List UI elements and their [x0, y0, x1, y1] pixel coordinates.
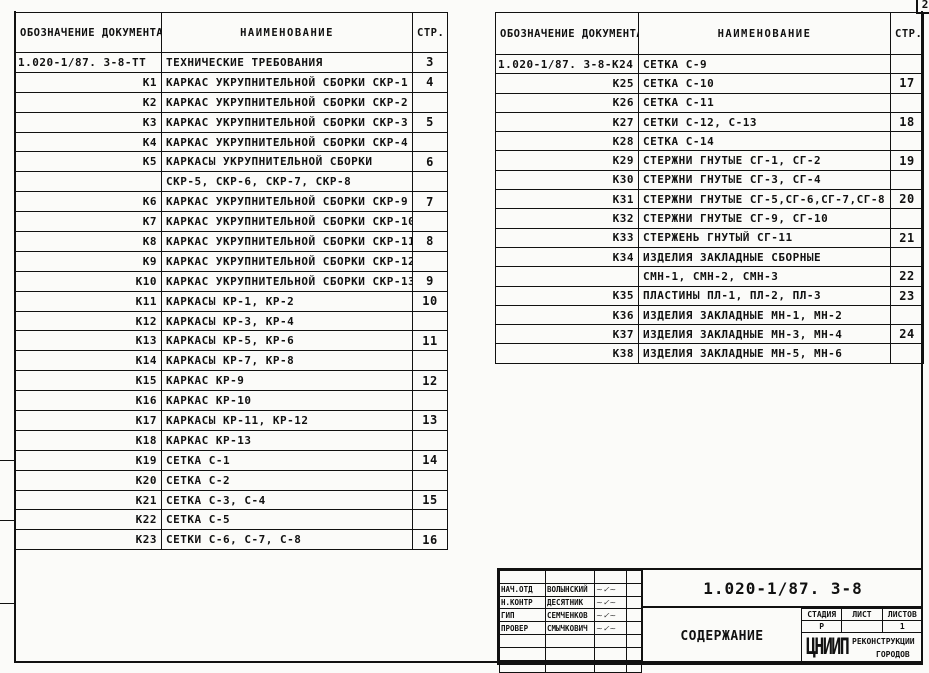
table-row: К27СЕТКИ С-12, С-1318	[496, 112, 924, 131]
signatory-role	[500, 660, 546, 673]
table-row: К7КАРКАС УКРУПНИТЕЛЬНОЙ СБОРКИ СКР-10	[16, 212, 448, 232]
document-code-cell: К1	[16, 72, 162, 92]
item-name-cell: ПЛАСТИНЫ ПЛ-1, ПЛ-2, ПЛ-3	[639, 286, 891, 305]
signatory-role: ПРОВЕР	[500, 622, 546, 635]
page-number-cell: 9	[413, 271, 448, 291]
page-number-cell	[413, 172, 448, 192]
table-row: К30СТЕРЖНИ ГНУТЫЕ СГ-3, СГ-4	[496, 170, 924, 189]
signatory-name	[546, 634, 595, 647]
document-code-cell: К2	[16, 92, 162, 112]
item-name-cell: СТЕРЖНИ ГНУТЫЕ СГ-3, СГ-4	[639, 170, 891, 189]
page-number-cell: 24	[891, 325, 924, 344]
date-cell	[627, 609, 642, 622]
page-number-cell	[891, 93, 924, 112]
table-row: К12КАРКАСЫ КР-3, КР-4	[16, 311, 448, 331]
page-number-cell	[891, 344, 924, 363]
page-number-cell	[413, 251, 448, 271]
organization-stamp: ЦНИИП РЕКОНСТРУКЦИИ ГОРОДОВ	[801, 632, 923, 665]
document-code-cell	[16, 172, 162, 192]
signature: ~✓~	[595, 622, 627, 635]
item-name-cell: СЕТКА С-9	[639, 55, 891, 74]
page-number-cell	[413, 311, 448, 331]
contents-table-left: ОБОЗНАЧЕНИЕ ДОКУМЕНТА НАИМЕНОВАНИЕ СТР. …	[15, 12, 448, 550]
signatory-role: НАЧ.ОТД	[500, 583, 546, 596]
document-code-cell: К30	[496, 170, 639, 189]
table-row: К25СЕТКА С-1017	[496, 74, 924, 93]
page-number-cell: 20	[891, 190, 924, 209]
document-code-cell: К6	[16, 192, 162, 212]
title-block: НАЧ.ОТДВОЛЫНСКИЙ~✓~Н.КОНТРДЕСЯТНИК~✓~ГИП…	[497, 568, 923, 665]
document-code-cell: К20	[16, 470, 162, 490]
table-row: К16КАРКАС КР-10	[16, 391, 448, 411]
page-number-cell	[413, 430, 448, 450]
signature	[595, 660, 627, 673]
signatory-row	[500, 647, 642, 660]
table-row: К35ПЛАСТИНЫ ПЛ-1, ПЛ-2, ПЛ-323	[496, 286, 924, 305]
item-name-cell: СМН-1, СМН-2, СМН-3	[639, 267, 891, 286]
document-code-cell: К35	[496, 286, 639, 305]
header-document: ОБОЗНАЧЕНИЕ ДОКУМЕНТА	[496, 13, 639, 55]
page-number-cell	[891, 305, 924, 324]
page-number-cell: 11	[413, 331, 448, 351]
table-row: К32СТЕРЖНИ ГНУТЫЕ СГ-9, СГ-10	[496, 209, 924, 228]
document-code-cell: К5	[16, 152, 162, 172]
page-number-cell: 16	[413, 530, 448, 550]
signatory-role	[500, 571, 546, 584]
table-row: К23СЕТКИ С-6, С-7, С-816	[16, 530, 448, 550]
page-number-cell	[891, 247, 924, 266]
header-page: СТР.	[891, 13, 924, 55]
item-name-cell: КАРКАС УКРУПНИТЕЛЬНОЙ СБОРКИ СКР-4	[162, 132, 413, 152]
page-number-cell	[413, 351, 448, 371]
date-cell	[627, 647, 642, 660]
item-name-cell: СЕТКИ С-6, С-7, С-8	[162, 530, 413, 550]
table-row: К37ИЗДЕЛИЯ ЗАКЛАДНЫЕ МН-3, МН-424	[496, 325, 924, 344]
sheets-header: ЛИСТОВ	[882, 609, 922, 621]
document-code-cell: К29	[496, 151, 639, 170]
item-name-cell: КАРКАС УКРУПНИТЕЛЬНОЙ СБОРКИ СКР-9	[162, 192, 413, 212]
page-number-cell: 15	[413, 490, 448, 510]
table-row: К19СЕТКА С-114	[16, 450, 448, 470]
page-number-cell: 8	[413, 232, 448, 252]
document-code-cell: К13	[16, 331, 162, 351]
item-name-cell: КАРКАС КР-9	[162, 371, 413, 391]
signatory-role: ГИП	[500, 609, 546, 622]
item-name-cell: СТЕРЖНИ ГНУТЫЕ СГ-5,СГ-6,СГ-7,СГ-8	[639, 190, 891, 209]
signatory-row: ГИПСЕМЧЕНКОВ~✓~	[500, 609, 642, 622]
document-code-cell: К21	[16, 490, 162, 510]
table-row: К1КАРКАС УКРУПНИТЕЛЬНОЙ СБОРКИ СКР-14	[16, 72, 448, 92]
table-row: К38ИЗДЕЛИЯ ЗАКЛАДНЫЕ МН-5, МН-6	[496, 344, 924, 363]
table-row: К13КАРКАСЫ КР-5, КР-611	[16, 331, 448, 351]
page-number-cell: 13	[413, 411, 448, 431]
document-code-cell: К4	[16, 132, 162, 152]
table-row: К10КАРКАС УКРУПНИТЕЛЬНОЙ СБОРКИ СКР-139	[16, 271, 448, 291]
sheet-header: ЛИСТ	[842, 609, 882, 621]
stage-table: СТАДИЯ ЛИСТ ЛИСТОВ Р 1	[801, 608, 923, 633]
document-title: СОДЕРЖАНИЕ	[641, 608, 801, 665]
header-document: ОБОЗНАЧЕНИЕ ДОКУМЕНТА	[16, 13, 162, 53]
page-number-cell	[413, 391, 448, 411]
page-number-cell: 17	[891, 74, 924, 93]
item-name-cell: КАРКАСЫ КР-7, КР-8	[162, 351, 413, 371]
item-name-cell: СЕТКА С-2	[162, 470, 413, 490]
signatory-row: Н.КОНТРДЕСЯТНИК~✓~	[500, 596, 642, 609]
page-number-cell	[891, 55, 924, 74]
sheets-value: 1	[882, 621, 922, 633]
org-name-line1: РЕКОНСТРУКЦИИ	[852, 637, 915, 646]
page-number-cell: 14	[413, 450, 448, 470]
signatories-grid: НАЧ.ОТДВОЛЫНСКИЙ~✓~Н.КОНТРДЕСЯТНИК~✓~ГИП…	[499, 570, 642, 673]
table-row: К28СЕТКА С-14	[496, 132, 924, 151]
item-name-cell: СЕТКА С-11	[639, 93, 891, 112]
item-name-cell: КАРКАСЫ КР-3, КР-4	[162, 311, 413, 331]
date-cell	[627, 634, 642, 647]
item-name-cell: КАРКАС УКРУПНИТЕЛЬНОЙ СБОРКИ СКР-12	[162, 251, 413, 271]
item-name-cell: КАРКАС КР-13	[162, 430, 413, 450]
table-row: К4КАРКАС УКРУПНИТЕЛЬНОЙ СБОРКИ СКР-4	[16, 132, 448, 152]
page-number-cell: 12	[413, 371, 448, 391]
document-code-cell: К37	[496, 325, 639, 344]
document-code-cell: К9	[16, 251, 162, 271]
document-code-cell: К38	[496, 344, 639, 363]
signature: ~✓~	[595, 583, 627, 596]
stage-value: Р	[802, 621, 842, 633]
sheet-value	[842, 621, 882, 633]
org-name-line2: ГОРОДОВ	[876, 650, 910, 659]
signatory-row	[500, 571, 642, 584]
page-number-cell: 18	[891, 112, 924, 131]
item-name-cell: СЕТКИ С-12, С-13	[639, 112, 891, 131]
document-code-cell: К19	[16, 450, 162, 470]
page-number-cell: 5	[413, 112, 448, 132]
header-name: НАИМЕНОВАНИЕ	[639, 13, 891, 55]
item-name-cell: ИЗДЕЛИЯ ЗАКЛАДНЫЕ МН-3, МН-4	[639, 325, 891, 344]
header-name: НАИМЕНОВАНИЕ	[162, 13, 413, 53]
date-cell	[627, 622, 642, 635]
signatory-name: ВОЛЫНСКИЙ	[546, 583, 595, 596]
page-number-cell: 6	[413, 152, 448, 172]
signature: ~✓~	[595, 609, 627, 622]
table-row: К9КАРКАС УКРУПНИТЕЛЬНОЙ СБОРКИ СКР-12	[16, 251, 448, 271]
document-code-cell: К31	[496, 190, 639, 209]
item-name-cell: СТЕРЖНИ ГНУТЫЕ СГ-1, СГ-2	[639, 151, 891, 170]
header-page: СТР.	[413, 13, 448, 53]
table-row: СМН-1, СМН-2, СМН-322	[496, 267, 924, 286]
page-number-cell	[413, 92, 448, 112]
page-number-cell: 7	[413, 192, 448, 212]
signatory-row: НАЧ.ОТДВОЛЫНСКИЙ~✓~	[500, 583, 642, 596]
document-code-cell: К10	[16, 271, 162, 291]
signatory-name	[546, 660, 595, 673]
document-code-cell: К17	[16, 411, 162, 431]
table-row: 1.020-1/87. 3-8-ТТТЕХНИЧЕСКИЕ ТРЕБОВАНИЯ…	[16, 53, 448, 73]
date-cell	[627, 660, 642, 673]
table-row: К29СТЕРЖНИ ГНУТЫЕ СГ-1, СГ-219	[496, 151, 924, 170]
contents-table-right: ОБОЗНАЧЕНИЕ ДОКУМЕНТА НАИМЕНОВАНИЕ СТР. …	[495, 12, 924, 364]
document-code-cell: К33	[496, 228, 639, 247]
signatory-name: ДЕСЯТНИК	[546, 596, 595, 609]
item-name-cell: СЕТКА С-3, С-4	[162, 490, 413, 510]
signatory-role	[500, 634, 546, 647]
item-name-cell: ИЗДЕЛИЯ ЗАКЛАДНЫЕ МН-5, МН-6	[639, 344, 891, 363]
table-row: К33СТЕРЖЕНЬ ГНУТЫЙ СГ-1121	[496, 228, 924, 247]
document-code-cell: К32	[496, 209, 639, 228]
item-name-cell: КАРКАСЫ КР-1, КР-2	[162, 291, 413, 311]
table-row: К18КАРКАС КР-13	[16, 430, 448, 450]
side-stamp-box	[0, 460, 14, 521]
document-code-cell: К14	[16, 351, 162, 371]
item-name-cell: КАРКАСЫ КР-5, КР-6	[162, 331, 413, 351]
table-row: К6КАРКАС УКРУПНИТЕЛЬНОЙ СБОРКИ СКР-97	[16, 192, 448, 212]
table-row: К5КАРКАСЫ УКРУПНИТЕЛЬНОЙ СБОРКИ6	[16, 152, 448, 172]
signature: ~✓~	[595, 596, 627, 609]
table-row: К17КАРКАСЫ КР-11, КР-1213	[16, 411, 448, 431]
document-code-cell: К8	[16, 232, 162, 252]
item-name-cell: КАРКАС УКРУПНИТЕЛЬНОЙ СБОРКИ СКР-1	[162, 72, 413, 92]
item-name-cell: КАРКАС УКРУПНИТЕЛЬНОЙ СБОРКИ СКР-2	[162, 92, 413, 112]
table-row: К26СЕТКА С-11	[496, 93, 924, 112]
signature	[595, 571, 627, 584]
item-name-cell: СТЕРЖНИ ГНУТЫЕ СГ-9, СГ-10	[639, 209, 891, 228]
item-name-cell: КАРКАС УКРУПНИТЕЛЬНОЙ СБОРКИ СКР-13	[162, 271, 413, 291]
page-number-cell	[413, 132, 448, 152]
signature	[595, 634, 627, 647]
document-code-cell: К34	[496, 247, 639, 266]
table-row: К15КАРКАС КР-912	[16, 371, 448, 391]
item-name-cell: ИЗДЕЛИЯ ЗАКЛАДНЫЕ СБОРНЫЕ	[639, 247, 891, 266]
signatory-name	[546, 647, 595, 660]
page-number-cell: 19	[891, 151, 924, 170]
signatory-role: Н.КОНТР	[500, 596, 546, 609]
page-number-cell	[891, 132, 924, 151]
table-row: К8КАРКАС УКРУПНИТЕЛЬНОЙ СБОРКИ СКР-118	[16, 232, 448, 252]
item-name-cell: КАРКАС УКРУПНИТЕЛЬНОЙ СБОРКИ СКР-11	[162, 232, 413, 252]
table-row: К20СЕТКА С-2	[16, 470, 448, 490]
signatory-name: СМЫЧКОВИЧ	[546, 622, 595, 635]
item-name-cell: СТЕРЖЕНЬ ГНУТЫЙ СГ-11	[639, 228, 891, 247]
document-code-cell: К16	[16, 391, 162, 411]
page-number-cell: 21	[891, 228, 924, 247]
document-code-cell: К11	[16, 291, 162, 311]
table-row: К36ИЗДЕЛИЯ ЗАКЛАДНЫЕ МН-1, МН-2	[496, 305, 924, 324]
document-code: 1.020-1/87. 3-8	[641, 570, 923, 608]
document-code-cell: К26	[496, 93, 639, 112]
document-code-cell: К12	[16, 311, 162, 331]
item-name-cell: СЕТКА С-10	[639, 74, 891, 93]
signatory-row	[500, 660, 642, 673]
document-code-cell: К3	[16, 112, 162, 132]
page-number-cell	[413, 470, 448, 490]
table-row: 1.020-1/87. 3-8-К24СЕТКА С-9	[496, 55, 924, 74]
table-row: К34ИЗДЕЛИЯ ЗАКЛАДНЫЕ СБОРНЫЕ	[496, 247, 924, 266]
item-name-cell: СЕТКА С-1	[162, 450, 413, 470]
table-row: К21СЕТКА С-3, С-415	[16, 490, 448, 510]
document-code-cell: К36	[496, 305, 639, 324]
item-name-cell: КАРКАС УКРУПНИТЕЛЬНОЙ СБОРКИ СКР-3	[162, 112, 413, 132]
org-logo: ЦНИИП	[806, 635, 848, 660]
table-row: К14КАРКАСЫ КР-7, КР-8	[16, 351, 448, 371]
document-code-cell: 1.020-1/87. 3-8-К24	[496, 55, 639, 74]
page-number-cell	[413, 510, 448, 530]
table-row: К22СЕТКА С-5	[16, 510, 448, 530]
page-number-cell	[413, 212, 448, 232]
table-row: К31СТЕРЖНИ ГНУТЫЕ СГ-5,СГ-6,СГ-7,СГ-820	[496, 190, 924, 209]
document-code-cell: К23	[16, 530, 162, 550]
date-cell	[627, 596, 642, 609]
item-name-cell: ТЕХНИЧЕСКИЕ ТРЕБОВАНИЯ	[162, 53, 413, 73]
signatory-row	[500, 634, 642, 647]
table-row: К11КАРКАСЫ КР-1, КР-210	[16, 291, 448, 311]
page-number-cell: 22	[891, 267, 924, 286]
stage-header: СТАДИЯ	[802, 609, 842, 621]
signatory-name	[546, 571, 595, 584]
document-code-cell: К7	[16, 212, 162, 232]
page-number-cell: 3	[413, 53, 448, 73]
item-name-cell: СЕТКА С-14	[639, 132, 891, 151]
item-name-cell: КАРКАСЫ КР-11, КР-12	[162, 411, 413, 431]
table-row: К3КАРКАС УКРУПНИТЕЛЬНОЙ СБОРКИ СКР-35	[16, 112, 448, 132]
item-name-cell: КАРКАСЫ УКРУПНИТЕЛЬНОЙ СБОРКИ	[162, 152, 413, 172]
item-name-cell: СЕТКА С-5	[162, 510, 413, 530]
document-code-cell: К15	[16, 371, 162, 391]
document-code-cell: К25	[496, 74, 639, 93]
item-name-cell: ИЗДЕЛИЯ ЗАКЛАДНЫЕ МН-1, МН-2	[639, 305, 891, 324]
item-name-cell: СКР-5, СКР-6, СКР-7, СКР-8	[162, 172, 413, 192]
document-code-cell: К28	[496, 132, 639, 151]
page-number-cell: 10	[413, 291, 448, 311]
document-code-cell: 1.020-1/87. 3-8-ТТ	[16, 53, 162, 73]
signatory-row: ПРОВЕРСМЫЧКОВИЧ~✓~	[500, 622, 642, 635]
signature	[595, 647, 627, 660]
item-name-cell: КАРКАС КР-10	[162, 391, 413, 411]
document-code-cell	[496, 267, 639, 286]
table-row: К2КАРКАС УКРУПНИТЕЛЬНОЙ СБОРКИ СКР-2	[16, 92, 448, 112]
date-cell	[627, 571, 642, 584]
document-code-cell: К22	[16, 510, 162, 530]
document-code-cell: К27	[496, 112, 639, 131]
document-code-cell: К18	[16, 430, 162, 450]
page-number-cell: 23	[891, 286, 924, 305]
date-cell	[627, 583, 642, 596]
table-row: СКР-5, СКР-6, СКР-7, СКР-8	[16, 172, 448, 192]
page-number-cell: 4	[413, 72, 448, 92]
signatory-role	[500, 647, 546, 660]
page-number-cell	[891, 170, 924, 189]
page-number-cell	[891, 209, 924, 228]
item-name-cell: КАРКАС УКРУПНИТЕЛЬНОЙ СБОРКИ СКР-10	[162, 212, 413, 232]
side-stamp-box	[0, 520, 14, 604]
signatory-name: СЕМЧЕНКОВ	[546, 609, 595, 622]
